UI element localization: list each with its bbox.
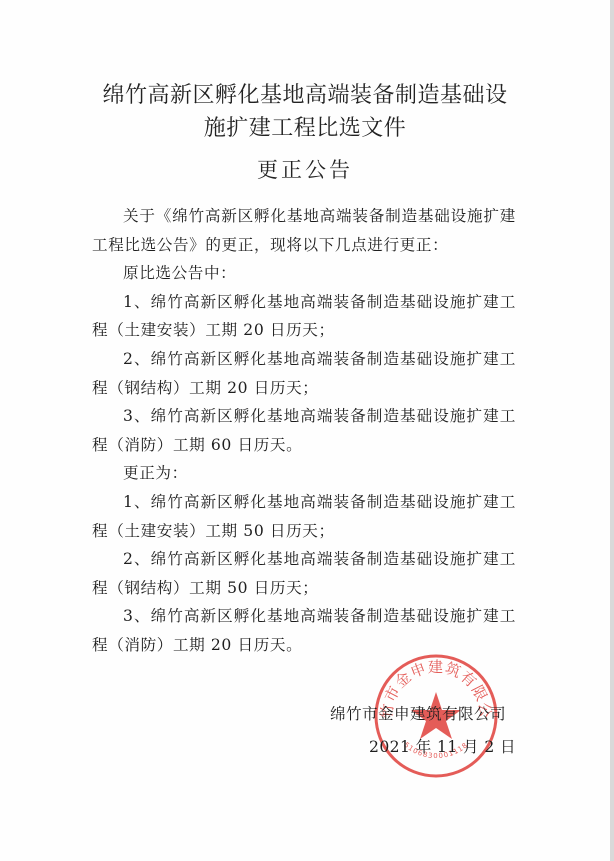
corrected-heading: 更正为： (92, 459, 516, 488)
original-item-3: 3、绵竹高新区孵化基地高端装备制造基础设施扩建工程（消防）工期 60 日历天。 (92, 402, 516, 459)
subtitle: 更正公告 (0, 154, 610, 184)
original-heading: 原比选公告中： (92, 259, 516, 288)
signature-date: 2021 年 11 月 2 日 (369, 735, 516, 757)
title-line-2: 施扩建工程比选文件 (0, 111, 610, 142)
corrected-item-1: 1、绵竹高新区孵化基地高端装备制造基础设施扩建工程（土建安装）工期 50 日历天… (92, 488, 516, 545)
document-page: 绵竹高新区孵化基地高端装备制造基础设 施扩建工程比选文件 更正公告 关于《绵竹高… (0, 0, 610, 861)
original-item-1: 1、绵竹高新区孵化基地高端装备制造基础设施扩建工程（土建安装）工期 20 日历天… (92, 288, 516, 345)
corrected-item-3: 3、绵竹高新区孵化基地高端装备制造基础设施扩建工程（消防）工期 20 日历天。 (92, 602, 516, 659)
original-item-2: 2、绵竹高新区孵化基地高端装备制造基础设施扩建工程（钢结构）工期 20 日历天； (92, 345, 516, 402)
signature-company: 绵竹市金申建筑有限公司 (330, 702, 506, 724)
document-body: 关于《绵竹高新区孵化基地高端装备制造基础设施扩建工程比选公告》的更正，现将以下几… (92, 202, 516, 660)
page-edge (610, 0, 614, 861)
corrected-item-2: 2、绵竹高新区孵化基地高端装备制造基础设施扩建工程（钢结构）工期 50 日历天； (92, 545, 516, 602)
intro-paragraph: 关于《绵竹高新区孵化基地高端装备制造基础设施扩建工程比选公告》的更正，现将以下几… (92, 202, 516, 259)
title-line-1: 绵竹高新区孵化基地高端装备制造基础设 (0, 78, 610, 109)
